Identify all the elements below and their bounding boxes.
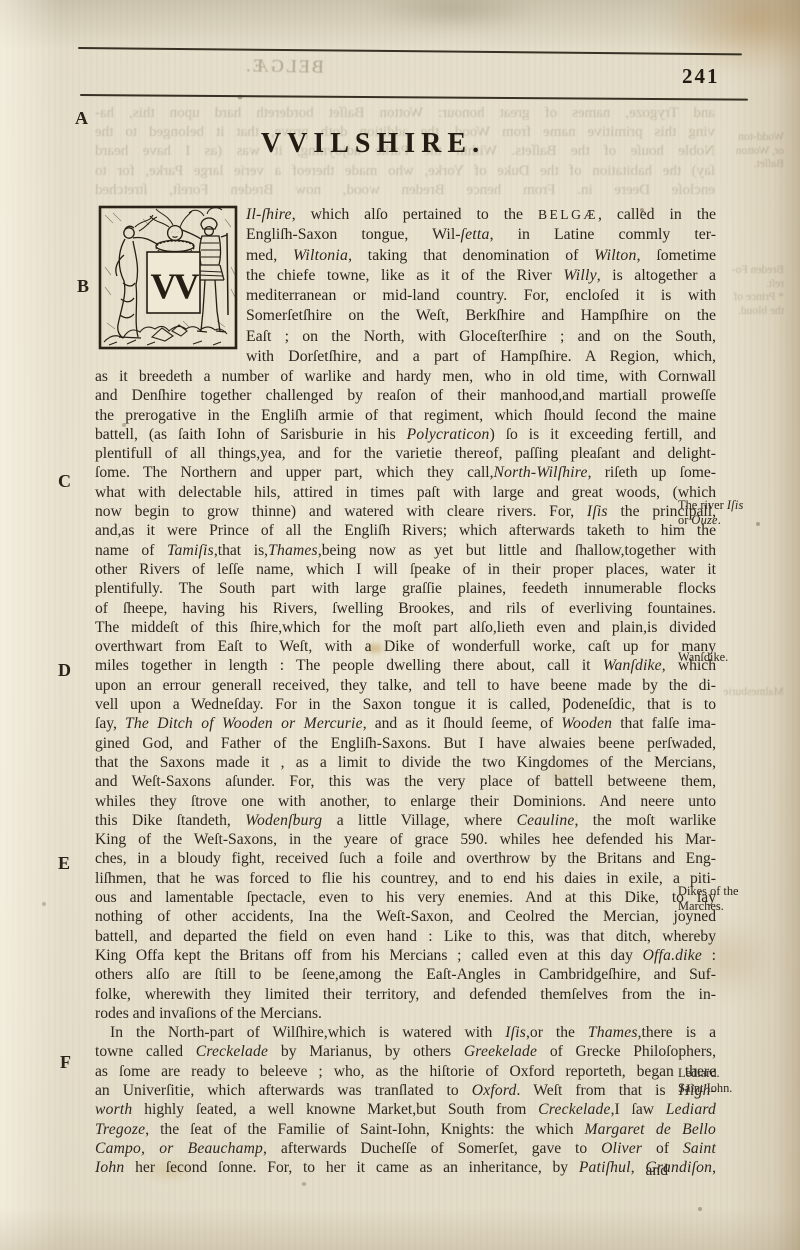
body-line-7: what with delectable hils, attired in ti…: [95, 483, 716, 502]
body-line-36: towne called Creckelade by Marianus, by …: [95, 1042, 716, 1061]
page-edge-shadow-top: [0, 0, 800, 50]
body-line-27: liſhmen, that he was forced to flie his …: [95, 869, 716, 888]
margin-letter-A: A: [75, 108, 88, 129]
intro-line-6: Somerſetſhire on the Weſt, Berkſhire and…: [246, 306, 716, 326]
margin-note-3: Dikes of theMarches.: [678, 884, 790, 914]
body-line-11: other Rivers of leſſe name, which I will…: [95, 560, 716, 579]
body-line-13: of ſheepe, having his Rivers, ſwelling B…: [95, 599, 716, 618]
book-page: BELGÆ. and Trygoze, names of great honou…: [0, 0, 800, 1250]
intro-line-1: Il-ſhire, which alſo pertained to the Be…: [246, 205, 716, 225]
margin-letter-F: F: [60, 1052, 71, 1073]
body-line-28: ous and lamentable ſpectacle, even to hi…: [95, 888, 716, 907]
page-title: VVILSHIRE.: [93, 128, 653, 160]
margin-letter-C: C: [58, 471, 71, 492]
body-line-32: others alſo are ſtill to be ſeene,among …: [95, 965, 716, 984]
bleedthrough-margin-note-1: Wodd-tonor, WottonBaſſet.: [700, 131, 784, 172]
body-line-3: the prerogative in the Engliſh armie of …: [95, 406, 716, 425]
body-line-31: King Offa kept the Britans off from his …: [95, 946, 716, 965]
header-rule-bottom: [80, 94, 748, 101]
margin-note-4: Lediard.Saint Iohn.: [678, 1066, 790, 1096]
drop-cap-letter: VV: [151, 266, 200, 306]
body-line-34: rodes and invaſions of the Mercians.: [95, 1004, 716, 1023]
body-line-38: an Univerſitie, which afterwards was tra…: [95, 1081, 716, 1100]
page-edge-shadow-right: [730, 0, 800, 1250]
body-line-40: Tregoze, the ſeat of the Familie of Sain…: [95, 1120, 716, 1139]
body-line-6: ſome. The Northern and upper part, which…: [95, 463, 716, 482]
margin-letter-B: B: [77, 276, 89, 297]
margin-letter-E: E: [58, 853, 70, 874]
intro-paragraph: Il-ſhire, which alſo pertained to the Be…: [246, 205, 716, 367]
woodcut-initial: VV: [97, 203, 240, 353]
intro-line-8: with Dorſetſhire, and a part of Hampſhir…: [246, 347, 716, 367]
body-line-17: upon an errour generall received, they t…: [95, 676, 716, 695]
body-line-19: ſay, The Ditch of Wooden or Mercurie, an…: [95, 714, 716, 733]
bleedthrough-line-4: ſay) the habitation of the Duke of Yorke…: [95, 162, 715, 181]
intro-line-2: Engliſh-Saxon tongue, Wil-ſetta, in Lati…: [246, 225, 716, 245]
page-number: 241: [682, 64, 720, 89]
body-line-24: this Dike ſtandeth, Wodenſburg a little …: [95, 811, 716, 830]
dust-specks: [0, 0, 2, 2]
body-line-39: worth highly ſeated, a well knowne Marke…: [95, 1100, 716, 1119]
body-line-15: overthwart from Eaſt to Weſt, with a Dik…: [95, 637, 716, 656]
body-line-26: ches, in a bloudy fight, received ſuch a…: [95, 849, 716, 868]
body-line-10: name of Tamiſis,that is,Thames,being now…: [95, 541, 716, 560]
intro-line-5: mediterranean or mid-land country. For, …: [246, 286, 716, 306]
body-line-35: In the North-part of Wilſhire,which is w…: [95, 1023, 716, 1042]
body-line-41: Campo, or Beauchamp, afterwards Ducheſſe…: [95, 1139, 716, 1158]
body-line-5: plentifull of all things,yea, and for th…: [95, 444, 716, 463]
margin-note-2: Wanſdike.: [678, 650, 790, 665]
body-line-18: vell upon a Wedneſday. For in the Saxon …: [95, 695, 716, 714]
body-line-16: miles together in length : The people dw…: [95, 656, 716, 675]
body-line-21: that the Saxons made it , as a limit to …: [95, 753, 716, 772]
body-line-12: plentifully. The South part with large g…: [95, 579, 716, 598]
body-text: as it breedeth a number of warlike and h…: [95, 367, 716, 1177]
body-line-14: The middeſt of this ſhire,which for the …: [95, 618, 716, 637]
body-line-9: and,as it were Prince of all the Engliſh…: [95, 521, 716, 540]
body-line-29: nothing of other accidents, Ina the Weſt…: [95, 907, 716, 926]
body-line-4: battell, (as ſaith Iohn of Sarisburie in…: [95, 425, 716, 444]
body-line-30: battell, and departed the field on even …: [95, 927, 716, 946]
page-edge-highlight-left: [0, 0, 60, 1250]
margin-note-1: The river Iſisor Ouze.: [678, 498, 790, 528]
body-line-22: and Weſt-Saxons aſunder. For, this was t…: [95, 772, 716, 791]
body-line-33: folke, wherewith they limited their terr…: [95, 985, 716, 1004]
intro-line-7: Eaſt ; on the North, with Gloceſterſhire…: [246, 327, 716, 347]
woodcut-ground: [104, 325, 227, 345]
intro-line-3: med, Wiltonia, taking that denomination …: [246, 246, 716, 266]
body-line-1: as it breedeth a number of warlike and h…: [95, 367, 716, 386]
intro-line-4: the chiefe towne, like as it of the Rive…: [246, 266, 716, 286]
bleedthrough-line-1: and Trygoze, names of great honour: Wott…: [95, 104, 715, 123]
page-edge-shadow-bottom: [0, 1208, 800, 1250]
body-line-8: now begin to grow thinne) and watered wi…: [95, 502, 716, 521]
catchword: and: [590, 1162, 668, 1180]
body-line-23: whiles they ſtrove one with another, to …: [95, 792, 716, 811]
body-line-25: King of the Weſt-Saxons, in the yeare of…: [95, 830, 716, 849]
bleedthrough-running-head: BELGÆ.: [224, 55, 344, 78]
body-line-37: as ſome are ready to beleeve ; who, as t…: [95, 1062, 716, 1081]
margin-letter-D: D: [58, 660, 71, 681]
body-line-20: gined God, and Father of the Engliſh-Sax…: [95, 734, 716, 753]
body-line-2: and Denſhire together challenged by reaſ…: [95, 386, 716, 405]
bleedthrough-line-5: encloſe Deere in. From hence Breden wood…: [95, 181, 715, 200]
